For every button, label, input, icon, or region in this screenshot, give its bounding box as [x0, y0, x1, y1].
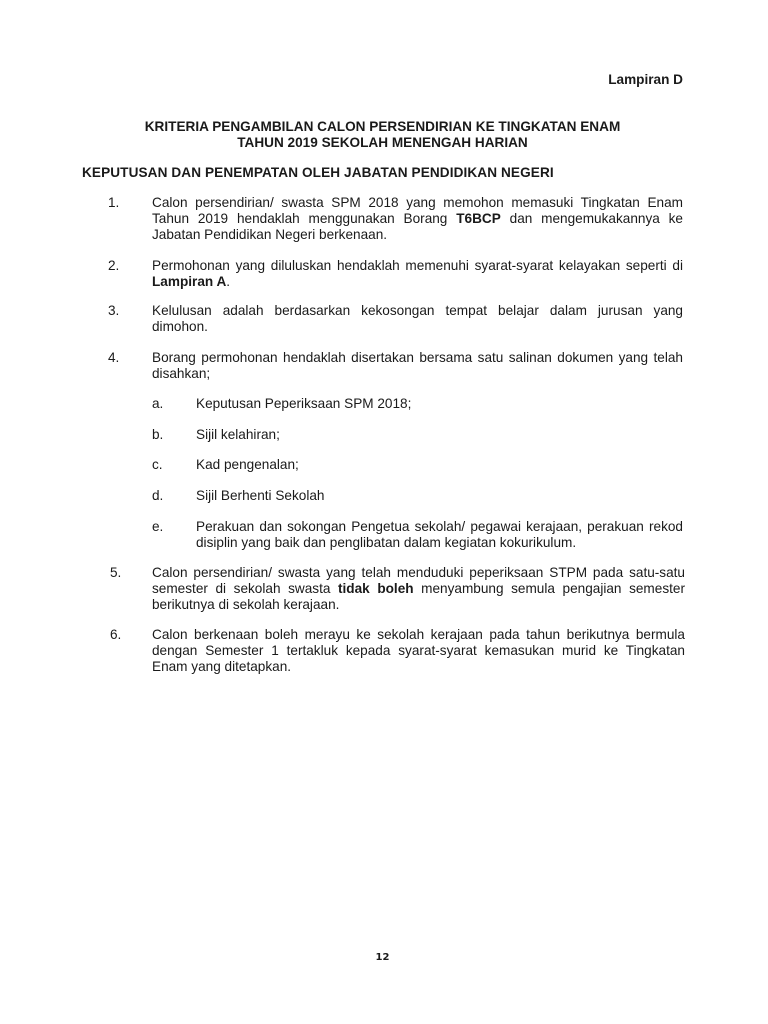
list-item-1: 1. Calon persendirian/ swasta SPM 2018 y… — [108, 195, 683, 243]
item-text: Borang permohonan hendaklah disertakan b… — [152, 350, 683, 382]
list-item-4: 4. Borang permohonan hendaklah disertaka… — [108, 350, 683, 382]
item-text: Calon berkenaan boleh merayu ke sekolah … — [152, 627, 685, 675]
item-text: Permohonan yang diluluskan hendaklah mem… — [152, 258, 683, 290]
sub-item-text: Perakuan dan sokongan Pengetua sekolah/ … — [196, 519, 683, 551]
document-title-line-2: TAHUN 2019 SEKOLAH MENENGAH HARIAN — [82, 135, 683, 151]
sub-item-letter: b. — [152, 427, 163, 443]
sub-item-text: Sijil kelahiran; — [196, 427, 683, 443]
list-item-6: 6. Calon berkenaan boleh merayu ke sekol… — [110, 627, 685, 675]
sub-item-a: a. Keputusan Peperiksaan SPM 2018; — [152, 396, 683, 412]
emphasis-text: tidak boleh — [338, 581, 414, 596]
item-text: Kelulusan adalah berdasarkan kekosongan … — [152, 303, 683, 335]
appendix-reference: Lampiran A — [152, 274, 226, 289]
sub-item-text: Keputusan Peperiksaan SPM 2018; — [196, 396, 683, 412]
list-item-5: 5. Calon persendirian/ swasta yang telah… — [110, 565, 685, 613]
sub-item-letter: a. — [152, 396, 163, 412]
item-number: 5. — [110, 565, 121, 581]
item-number: 4. — [108, 350, 119, 366]
item-text: Calon persendirian/ swasta SPM 2018 yang… — [152, 195, 683, 243]
item-number: 3. — [108, 303, 119, 319]
sub-item-text: Kad pengenalan; — [196, 457, 683, 473]
sub-item-b: b. Sijil kelahiran; — [152, 427, 683, 443]
item-text: Calon persendirian/ swasta yang telah me… — [152, 565, 685, 613]
sub-item-e: e. Perakuan dan sokongan Pengetua sekola… — [152, 519, 683, 551]
item-number: 6. — [110, 627, 121, 643]
sub-item-text: Sijil Berhenti Sekolah — [196, 488, 683, 504]
form-code: T6BCP — [456, 211, 501, 226]
page-number: 12 — [0, 952, 765, 963]
item-number: 1. — [108, 195, 119, 211]
sub-item-letter: e. — [152, 519, 163, 535]
list-item-3: 3. Kelulusan adalah berdasarkan kekosong… — [108, 303, 683, 335]
section-heading: KEPUTUSAN DAN PENEMPATAN OLEH JABATAN PE… — [82, 165, 554, 180]
sub-item-letter: d. — [152, 488, 163, 504]
document-title-line-1: KRITERIA PENGAMBILAN CALON PERSENDIRIAN … — [82, 119, 683, 135]
sub-item-c: c. Kad pengenalan; — [152, 457, 683, 473]
item-number: 2. — [108, 258, 119, 274]
sub-item-d: d. Sijil Berhenti Sekolah — [152, 488, 683, 504]
sub-item-letter: c. — [152, 457, 163, 473]
list-item-2: 2. Permohonan yang diluluskan hendaklah … — [108, 258, 683, 290]
appendix-label: Lampiran D — [608, 72, 683, 87]
